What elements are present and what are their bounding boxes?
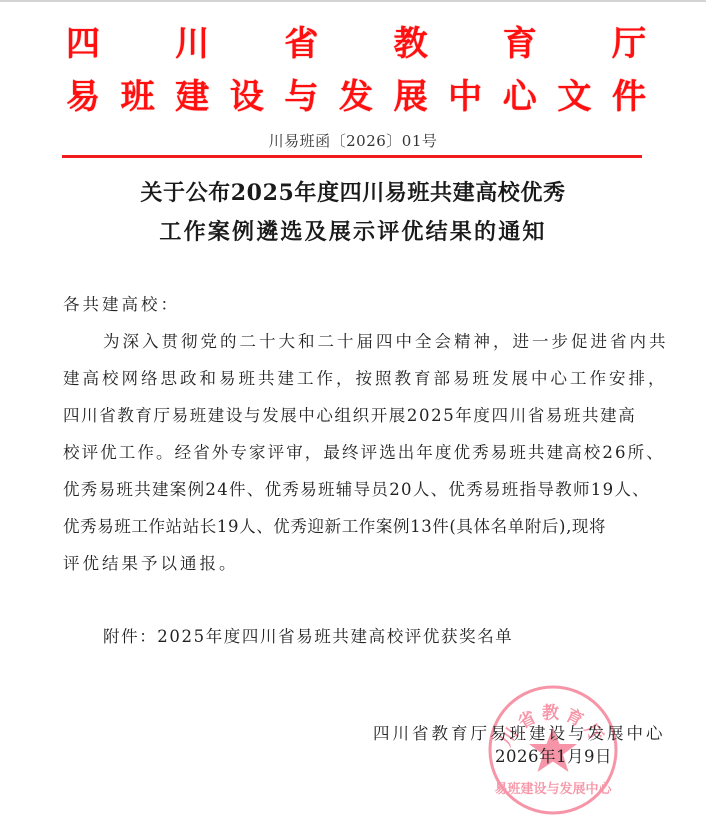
letterhead-char: 文 (557, 69, 591, 118)
letterhead-divider (62, 155, 642, 158)
body-line: 校评优工作。经省外专家评审，最终评选出年度优秀易班共建高校26所、 (63, 439, 665, 463)
letterhead-char: 中 (448, 69, 482, 118)
letterhead-char: 建 (175, 69, 209, 118)
letterhead-char: 厅 (612, 16, 646, 65)
body-line: 四川省教育厅易班建设与发展中心组织开展2025年度四川省易班共建高 (63, 402, 636, 426)
body-line: 为深入贯彻党的二十大和二十届四中全会精神，进一步促进省内共 (103, 328, 669, 352)
letterhead-char: 与 (284, 69, 318, 118)
body-line: 建高校网络思政和易班共建工作，按照教育部易班发展中心工作安排， (63, 365, 668, 389)
letterhead-char: 设 (230, 69, 264, 118)
salutation: 各共建高校： (63, 291, 180, 315)
document-title-line-1: 关于公布2025年度四川易班共建高校优秀 (0, 176, 706, 207)
document-number-text: 川易班函〔2026〕01号 (269, 130, 438, 151)
letterhead-char: 班 (121, 69, 155, 118)
document-title-line-2: 工作案例遴选及展示评优结果的通知 (0, 215, 706, 246)
letterhead-char: 省 (284, 16, 318, 65)
letterhead-line-1: 四 川 省 教 育 厅 (66, 20, 646, 60)
letterhead-char: 育 (503, 16, 537, 65)
letterhead-char: 教 (394, 16, 428, 65)
document-number: 川易班函〔2026〕01号 (0, 130, 706, 151)
attachment-note: 附件：2025年度四川省易班共建高校评优获奖名单 (103, 623, 513, 647)
letterhead-char: 心 (503, 69, 537, 118)
letterhead-char: 发 (339, 69, 373, 118)
seal-bottom-text: 易班建设与发展中心 (494, 781, 612, 797)
letterhead-char: 四 (66, 16, 100, 65)
body-line: 优秀易班共建案例24件、优秀易班辅导员20人、优秀易班指导教师19人、 (63, 476, 650, 500)
body-line: 优秀易班工作站站长19人、优秀迎新工作案例13件(具体名单附后),现将 (63, 513, 606, 537)
letterhead-char: 件 (612, 69, 646, 118)
letterhead-line-2: 易 班 建 设 与 发 展 中 心 文 件 (66, 72, 646, 114)
issuing-organization: 四川省教育厅易班建设与发展中心 (373, 720, 666, 744)
body-line: 评优结果予以通报。 (63, 550, 239, 574)
letterhead-char: 易 (66, 69, 100, 118)
issue-date: 2026年1月9日 (495, 743, 612, 767)
letterhead-char: 川 (175, 16, 209, 65)
document-page: 四 川 省 教 育 厅 易 班 建 设 与 发 展 中 心 文 件 川易班函〔2… (0, 2, 706, 827)
letterhead-char: 展 (394, 69, 428, 118)
